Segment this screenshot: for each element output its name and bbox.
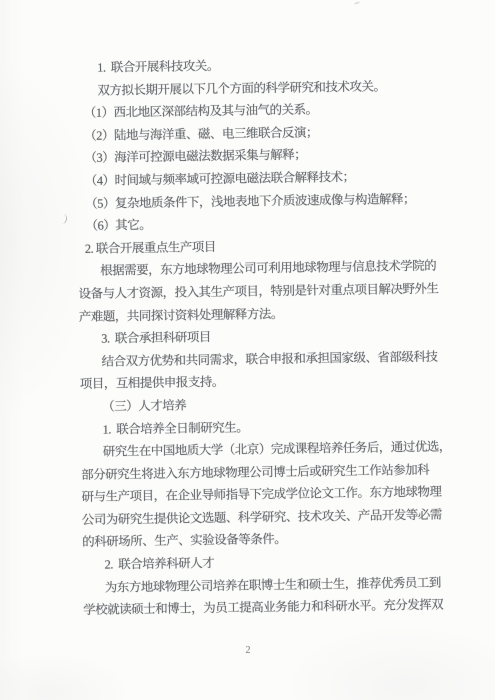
- scan-speck-artifact: [60, 214, 68, 225]
- document-body: 1. 联合开展科技攻关。双方拟长期开展以下几个方面的科学研究和技术攻关。（1）西…: [75, 52, 445, 622]
- scan-speck-artifact: [354, 1, 360, 5]
- text-line: 学校就读硕士和博士，为员工提高业务能力和科研水平。充分发挥双: [83, 594, 445, 622]
- page-number: 2: [238, 645, 258, 656]
- document-page: 1. 联合开展科技攻关。双方拟长期开展以下几个方面的科学研究和技术攻关。（1）西…: [0, 0, 495, 700]
